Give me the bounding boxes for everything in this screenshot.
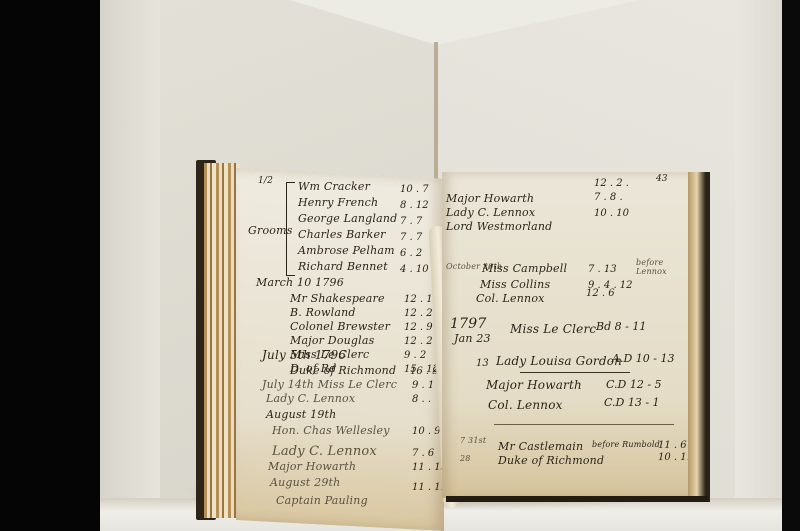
entry-name: Lady C. Lennox <box>266 392 355 405</box>
entry-name: Wm Cracker <box>298 180 370 193</box>
entry-amount: C.D 13 - 1 <box>604 396 660 409</box>
dark-background-left <box>0 0 100 531</box>
entry-amount: 4 . 10 <box>400 264 429 275</box>
entry-name: Captain Pauling <box>276 494 368 507</box>
entry-name: Major Howarth <box>486 378 582 392</box>
date-label: 7 31st <box>460 436 486 445</box>
entry-name: Lady C. Lennox <box>446 206 535 219</box>
entry-amount: 7 . 6 <box>412 448 434 459</box>
entry-name: Major Howarth <box>446 192 534 205</box>
entry-name: Colonel Brewster <box>290 320 390 333</box>
side-note: before Lennox <box>636 258 672 276</box>
entry-amount: 11 . 6 <box>658 440 687 451</box>
entry-amount: 7 . 13 <box>588 264 617 275</box>
entry-name: Henry French <box>298 196 378 209</box>
entry-name: Col. Lennox <box>488 398 563 412</box>
entry-amount: 7 . 7 <box>400 216 422 227</box>
entry-amount: 8 . 12 <box>400 200 429 211</box>
entry-name: July 14th Miss Le Clerc <box>262 378 397 391</box>
entry-amount: 12 . 2 <box>404 308 433 319</box>
entry-amount: Bd 8 - 11 <box>596 320 646 333</box>
photo-scene: 1/2 Grooms Wm Cracker 10 . 7 Henry Frenc… <box>0 0 800 531</box>
book-cover-right <box>688 172 710 502</box>
entry-name: Mr Castlemain <box>498 440 583 453</box>
case-frame-left <box>100 0 160 531</box>
date-label: 28 <box>460 454 471 463</box>
entry-amount: 10 . 9 <box>412 426 441 437</box>
entry-name: Richard Bennet <box>298 260 388 273</box>
entry-name: Hon. Chas Wellesley <box>272 424 390 437</box>
entry-name: B. Rowland <box>290 306 356 319</box>
entry-name: Major Howarth <box>268 460 356 473</box>
entry-amount: 8 . . <box>412 394 431 405</box>
entry-name: Lord Westmorland <box>446 220 552 233</box>
section-rule <box>494 424 674 425</box>
entry-name: Lady C. Lennox <box>272 444 377 459</box>
entry-name: Duke of Richmond <box>290 364 396 377</box>
entry-amount: 12 . 6 <box>586 288 615 299</box>
entry-name: Col. Lennox <box>476 292 545 305</box>
date-label: Jan 23 <box>454 332 491 345</box>
entry-name: Miss Le Clerc <box>510 322 596 336</box>
entry-name: August 29th <box>270 476 340 489</box>
date-heading: March 10 1796 <box>256 276 344 289</box>
entry-amount: 12 . 9 <box>404 322 433 333</box>
entry-amount: 12 . 2 . <box>594 178 629 189</box>
entry-note: before Rumbold <box>592 440 660 449</box>
entry-amount: 16 . 9 <box>410 366 439 377</box>
entry-amount: 7 . 8 . <box>594 192 623 203</box>
entry-amount: A.D 10 - 13 <box>612 352 674 365</box>
entry-name: Mr Shakespeare <box>290 292 385 305</box>
dark-background-right <box>782 0 800 531</box>
strikethrough-line <box>520 372 630 373</box>
entry-amount: 10 . 7 <box>400 184 429 195</box>
date-heading: July 5th 1796 <box>262 348 346 362</box>
entry-name: Lady Louisa Gordon <box>496 354 622 368</box>
page-number: 43 <box>656 174 667 184</box>
entry-amount: C.D 12 - 5 <box>606 378 662 391</box>
page-mark: 1/2 <box>258 176 273 186</box>
entry-name: Major Douglas <box>290 334 375 347</box>
entry-amount: 6 . 2 <box>400 248 422 259</box>
case-frame-right <box>735 0 782 531</box>
entry-name: Ambrose Pelham <box>298 244 395 257</box>
entry-name: Duke of Richmond <box>498 454 604 467</box>
entry-amount: 9 . 2 <box>404 350 426 361</box>
date-day: 13 <box>476 358 489 369</box>
entry-name: Miss Campbell <box>482 262 567 275</box>
entry-amount: 10 . 10 <box>594 208 629 219</box>
entry-name: August 19th <box>266 408 336 421</box>
entry-amount: 12 . 2 <box>404 336 433 347</box>
page-edges <box>204 163 240 518</box>
bracket <box>286 182 295 276</box>
entry-name: Miss Collins <box>480 278 550 291</box>
entry-amount: 9 . 1 <box>412 380 434 391</box>
entry-amount: 7 . 7 <box>400 232 422 243</box>
book-cover-bottom <box>446 496 708 502</box>
entry-name: Charles Barker <box>298 228 386 241</box>
year-heading: 1797 <box>450 316 486 332</box>
entry-name: George Langland <box>298 212 397 225</box>
